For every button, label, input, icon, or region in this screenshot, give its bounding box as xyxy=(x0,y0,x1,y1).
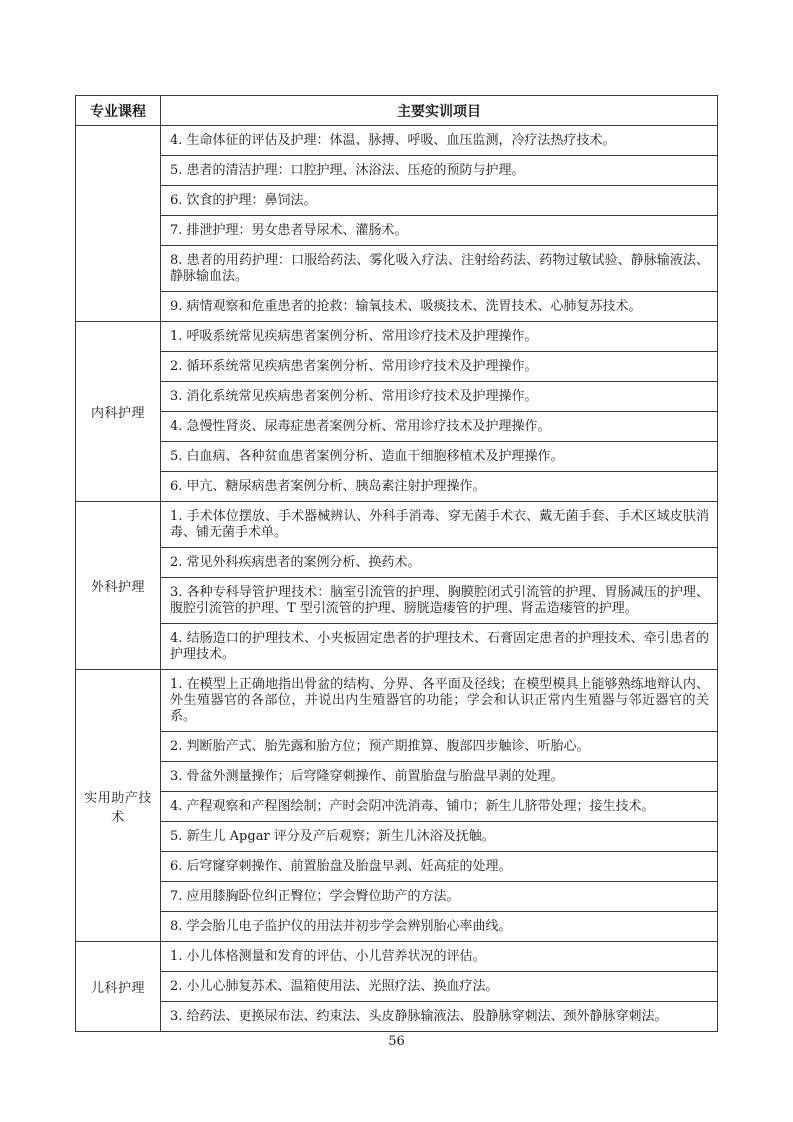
table-row: 2. 循环系统常见疾病患者案例分析、常用诊疗技术及护理操作。 xyxy=(76,352,718,382)
project-cell: 6. 甲亢、糖尿病患者案例分析、胰岛素注射护理操作。 xyxy=(161,472,718,502)
table-row: 4. 生命体征的评估及护理：体温、脉搏、呼吸、血压监测，冷疗法热疗技术。 xyxy=(76,126,718,156)
project-cell: 9. 病情观察和危重患者的抢救：输氧技术、吸痰技术、洗胃技术、心肺复苏技术。 xyxy=(161,292,718,322)
project-cell: 4. 急慢性肾炎、尿毒症患者案例分析、常用诊疗技术及护理操作。 xyxy=(161,412,718,442)
table-row: 5. 白血病、各种贫血患者案例分析、造血干细胞移植术及护理操作。 xyxy=(76,442,718,472)
project-cell: 2. 循环系统常见疾病患者案例分析、常用诊疗技术及护理操作。 xyxy=(161,352,718,382)
project-cell: 1. 小儿体格测量和发育的评估、小儿营养状况的评估。 xyxy=(161,942,718,972)
table-row: 3. 给药法、更换尿布法、约束法、头皮静脉输液法、股静脉穿刺法、颈外静脉穿刺法。 xyxy=(76,1002,718,1032)
table-row: 儿科护理1. 小儿体格测量和发育的评估、小儿营养状况的评估。 xyxy=(76,942,718,972)
project-cell: 1. 呼吸系统常见疾病患者案例分析、常用诊疗技术及护理操作。 xyxy=(161,322,718,352)
project-cell: 1. 在模型上正确地指出骨盆的结构、分界、各平面及径线；在模型模具上能够熟练地辩… xyxy=(161,670,718,732)
table-row: 8. 学会胎儿电子监护仪的用法并初步学会辨别胎心率曲线。 xyxy=(76,912,718,942)
table-row: 2. 小儿心肺复苏术、温箱使用法、光照疗法、换血疗法。 xyxy=(76,972,718,1002)
project-cell: 2. 判断胎产式、胎先露和胎方位；预产期推算、腹部四步触诊、听胎心。 xyxy=(161,732,718,762)
table-row: 3. 消化系统常见疾病患者案例分析、常用诊疗技术及护理操作。 xyxy=(76,382,718,412)
project-cell: 4. 生命体征的评估及护理：体温、脉搏、呼吸、血压监测，冷疗法热疗技术。 xyxy=(161,126,718,156)
table-row: 4. 产程观察和产程图绘制；产时会阴冲洗消毒、铺巾；新生儿脐带处理；接生技术。 xyxy=(76,792,718,822)
col-header-projects: 主要实训项目 xyxy=(161,96,718,126)
table-row: 6. 甲亢、糖尿病患者案例分析、胰岛素注射护理操作。 xyxy=(76,472,718,502)
project-cell: 8. 学会胎儿电子监护仪的用法并初步学会辨别胎心率曲线。 xyxy=(161,912,718,942)
project-cell: 6. 饮食的护理：鼻饲法。 xyxy=(161,186,718,216)
page-number: 56 xyxy=(0,1034,793,1049)
table-row: 4. 结肠造口的护理技术、小夹板固定患者的护理技术、石膏固定患者的护理技术、牵引… xyxy=(76,624,718,670)
project-cell: 2. 常见外科疾病患者的案例分析、换药术。 xyxy=(161,548,718,578)
course-cell: 内科护理 xyxy=(76,322,161,502)
table-row: 8. 患者的用药护理：口服给药法、雾化吸入疗法、注射给药法、药物过敏试验、静脉输… xyxy=(76,246,718,292)
training-projects-table: 专业课程 主要实训项目 4. 生命体征的评估及护理：体温、脉搏、呼吸、血压监测，… xyxy=(75,95,718,1032)
table-row: 6. 后穹窿穿刺操作、前置胎盘及胎盘早剥、妊高症的处理。 xyxy=(76,852,718,882)
course-cell: 外科护理 xyxy=(76,502,161,670)
table-row: 7. 排泄护理：男女患者导尿术、灌肠术。 xyxy=(76,216,718,246)
table-row: 5. 新生儿 Apgar 评分及产后观察；新生儿沐浴及抚触。 xyxy=(76,822,718,852)
project-cell: 4. 结肠造口的护理技术、小夹板固定患者的护理技术、石膏固定患者的护理技术、牵引… xyxy=(161,624,718,670)
table-row: 2. 判断胎产式、胎先露和胎方位；预产期推算、腹部四步触诊、听胎心。 xyxy=(76,732,718,762)
project-cell: 5. 白血病、各种贫血患者案例分析、造血干细胞移植术及护理操作。 xyxy=(161,442,718,472)
table-row: 6. 饮食的护理：鼻饲法。 xyxy=(76,186,718,216)
project-cell: 5. 患者的清洁护理：口腔护理、沐浴法、压疮的预防与护理。 xyxy=(161,156,718,186)
table-row: 实用助产技术1. 在模型上正确地指出骨盆的结构、分界、各平面及径线；在模型模具上… xyxy=(76,670,718,732)
course-cell: 实用助产技术 xyxy=(76,670,161,942)
project-cell: 7. 排泄护理：男女患者导尿术、灌肠术。 xyxy=(161,216,718,246)
table-row: 外科护理1. 手术体位摆放、手术器械辨认、外科手消毒、穿无菌手术衣、戴无菌手套、… xyxy=(76,502,718,548)
table-header: 专业课程 主要实训项目 xyxy=(76,96,718,126)
table-row: 3. 骨盆外测量操作；后穹隆穿刺操作、前置胎盘与胎盘早剥的处理。 xyxy=(76,762,718,792)
table-row: 内科护理1. 呼吸系统常见疾病患者案例分析、常用诊疗技术及护理操作。 xyxy=(76,322,718,352)
table-row: 9. 病情观察和危重患者的抢救：输氧技术、吸痰技术、洗胃技术、心肺复苏技术。 xyxy=(76,292,718,322)
project-cell: 6. 后穹窿穿刺操作、前置胎盘及胎盘早剥、妊高症的处理。 xyxy=(161,852,718,882)
table-row: 7. 应用膝胸卧位纠正臀位；学会臀位助产的方法。 xyxy=(76,882,718,912)
table-body: 4. 生命体征的评估及护理：体温、脉搏、呼吸、血压监测，冷疗法热疗技术。5. 患… xyxy=(76,126,718,1032)
project-cell: 7. 应用膝胸卧位纠正臀位；学会臀位助产的方法。 xyxy=(161,882,718,912)
project-cell: 5. 新生儿 Apgar 评分及产后观察；新生儿沐浴及抚触。 xyxy=(161,822,718,852)
table-row: 4. 急慢性肾炎、尿毒症患者案例分析、常用诊疗技术及护理操作。 xyxy=(76,412,718,442)
project-cell: 3. 消化系统常见疾病患者案例分析、常用诊疗技术及护理操作。 xyxy=(161,382,718,412)
project-cell: 1. 手术体位摆放、手术器械辨认、外科手消毒、穿无菌手术衣、戴无菌手套、手术区域… xyxy=(161,502,718,548)
table-row: 3. 各种专科导管护理技术：脑室引流管的护理、胸膜腔闭式引流管的护理、胃肠减压的… xyxy=(76,578,718,624)
project-cell: 3. 给药法、更换尿布法、约束法、头皮静脉输液法、股静脉穿刺法、颈外静脉穿刺法。 xyxy=(161,1002,718,1032)
col-header-course: 专业课程 xyxy=(76,96,161,126)
header-row: 专业课程 主要实训项目 xyxy=(76,96,718,126)
course-cell: 儿科护理 xyxy=(76,942,161,1032)
project-cell: 2. 小儿心肺复苏术、温箱使用法、光照疗法、换血疗法。 xyxy=(161,972,718,1002)
document-page: 专业课程 主要实训项目 4. 生命体征的评估及护理：体温、脉搏、呼吸、血压监测，… xyxy=(0,0,793,1122)
table-row: 5. 患者的清洁护理：口腔护理、沐浴法、压疮的预防与护理。 xyxy=(76,156,718,186)
table-row: 2. 常见外科疾病患者的案例分析、换药术。 xyxy=(76,548,718,578)
project-cell: 8. 患者的用药护理：口服给药法、雾化吸入疗法、注射给药法、药物过敏试验、静脉输… xyxy=(161,246,718,292)
project-cell: 4. 产程观察和产程图绘制；产时会阴冲洗消毒、铺巾；新生儿脐带处理；接生技术。 xyxy=(161,792,718,822)
project-cell: 3. 骨盆外测量操作；后穹隆穿刺操作、前置胎盘与胎盘早剥的处理。 xyxy=(161,762,718,792)
course-cell xyxy=(76,126,161,322)
project-cell: 3. 各种专科导管护理技术：脑室引流管的护理、胸膜腔闭式引流管的护理、胃肠减压的… xyxy=(161,578,718,624)
